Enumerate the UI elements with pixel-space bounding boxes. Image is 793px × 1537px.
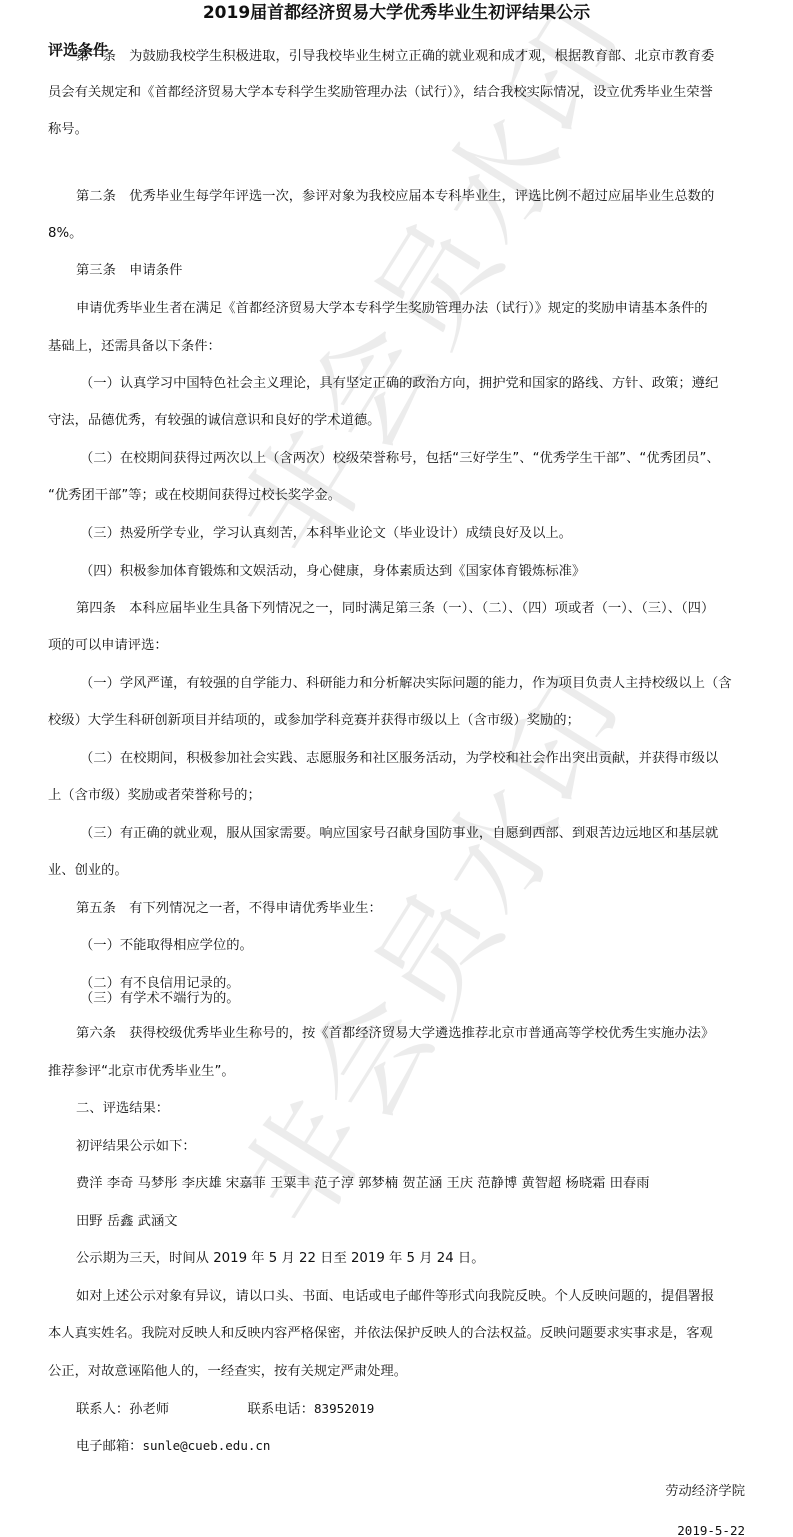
body-line: 二、评选结果： xyxy=(76,1100,776,1118)
body-line: 第二条 优秀毕业生每学年评选一次，参评对象为我校应届本专科毕业生，评选比例不超过… xyxy=(76,188,776,206)
body-line: （四）积极参加体育锻炼和文娱活动，身心健康，身体素质达到《国家体育锻炼标准》 xyxy=(80,563,780,581)
body-line: （三）热爱所学专业，学习认真刻苦，本科毕业论文（毕业设计）成绩良好及以上。 xyxy=(80,525,780,543)
contact-phone-label: 联系电话： xyxy=(248,1402,314,1417)
body-line: 公正，对故意诬陷他人的，一经查实，按有关规定严肃处理。 xyxy=(48,1363,748,1381)
email-label: 电子邮箱： xyxy=(76,1439,142,1454)
body-line: 第四条 本科应届毕业生具备下列情况之一，同时满足第三条（一）、（二）、（四）项或… xyxy=(76,600,776,618)
body-line: 守法，品德优秀，有较强的诚信意识和良好的学术道德。 xyxy=(48,412,748,430)
body-line: 8%。 xyxy=(48,225,748,243)
body-line: （三）有学术不端行为的。 xyxy=(80,990,780,1008)
body-line: 公示期为三天，时间从 2019 年 5 月 22 日至 2019 年 5 月 2… xyxy=(76,1250,776,1268)
announcement-page: 非会员水印 非会员水印 2019届首都经济贸易大学优秀毕业生初评结果公示 评选条… xyxy=(0,0,793,1537)
body-line: 推荐参评“北京市优秀毕业生”。 xyxy=(48,1063,748,1081)
body-line: “优秀团干部”等；或在校期间获得过校长奖学金。 xyxy=(48,487,748,505)
body-line: 如对上述公示对象有异议，请以口头、书面、电话或电子邮件等形式向我院反映。个人反映… xyxy=(76,1288,776,1306)
body-line: 上（含市级）奖励或者荣誉称号的； xyxy=(48,787,748,805)
body-line: 第六条 获得校级优秀毕业生称号的，按《首都经济贸易大学遴选推荐北京市普通高等学校… xyxy=(76,1025,776,1043)
body-line: 校级）大学生科研创新项目并结项的，或参加学科竞赛并获得市级以上（含市级）奖励的； xyxy=(48,712,748,730)
body-line: 第三条 申请条件 xyxy=(76,262,776,280)
body-line: 初评结果公示如下： xyxy=(76,1138,776,1156)
contact-person: 孙老师 xyxy=(129,1402,169,1417)
email-link[interactable]: sunle@cueb.edu.cn xyxy=(142,1438,270,1453)
contact-row: 联系人：孙老师 联系电话：83952019 xyxy=(76,1400,776,1419)
body-line: （二）在校期间获得过两次以上（含两次）校级荣誉称号，包括“三好学生”、“优秀学生… xyxy=(80,450,780,468)
results-names-row-2: 田野 岳鑫 武涵文 xyxy=(76,1213,776,1231)
body-line: 本人真实姓名。我院对反映人和反映内容严格保密，并依法保护反映人的合法权益。反映问… xyxy=(48,1325,748,1343)
email-row: 电子邮箱：sunle@cueb.edu.cn xyxy=(76,1437,776,1456)
body-line: 申请优秀毕业生者在满足《首都经济贸易大学本专科学生奖励管理办法（试行）》规定的奖… xyxy=(76,300,776,318)
body-line: 称号。 xyxy=(48,121,748,139)
contact-person-label: 联系人： xyxy=(76,1402,129,1417)
body-line: 业、创业的。 xyxy=(48,862,748,880)
body-line: 基础上，还需具备以下条件： xyxy=(48,338,748,356)
body-line: 项的可以申请评选： xyxy=(48,637,748,655)
body-line: 第五条 有下列情况之一者，不得申请优秀毕业生： xyxy=(76,900,776,918)
body-line: （一）不能取得相应学位的。 xyxy=(80,937,780,955)
body-line: （二）在校期间，积极参加社会实践、志愿服务和社区服务活动，为学校和社会作出突出贡… xyxy=(80,750,780,768)
body-line: （一）学风严谨，有较强的自学能力、科研能力和分析解决实际问题的能力，作为项目负责… xyxy=(80,675,780,693)
body-line: （三）有正确的就业观，服从国家需要。响应国家号召献身国防事业，自愿到西部、到艰苦… xyxy=(80,825,780,843)
body-line: 员会有关规定和《首都经济贸易大学本专科学生奖励管理办法（试行）》，结合我校实际情… xyxy=(48,84,748,102)
body-line: （一）认真学习中国特色社会主义理论，具有坚定正确的政治方向，拥护党和国家的路线、… xyxy=(80,375,780,393)
contact-phone: 83952019 xyxy=(314,1401,374,1416)
body-line: 第一条 为鼓励我校学生积极进取，引导我校毕业生树立正确的就业观和成才观，根据教育… xyxy=(76,48,776,66)
signature-date: 2019-5-22 xyxy=(677,1522,745,1537)
results-names-row-1: 费洋 李奇 马梦彤 李庆雄 宋嘉菲 王粟丰 范子淳 郭梦楠 贺芷涵 王庆 范静博… xyxy=(76,1175,776,1193)
page-title: 2019届首都经济贸易大学优秀毕业生初评结果公示 xyxy=(0,2,793,24)
signature-organization: 劳动经济学院 xyxy=(665,1483,745,1501)
